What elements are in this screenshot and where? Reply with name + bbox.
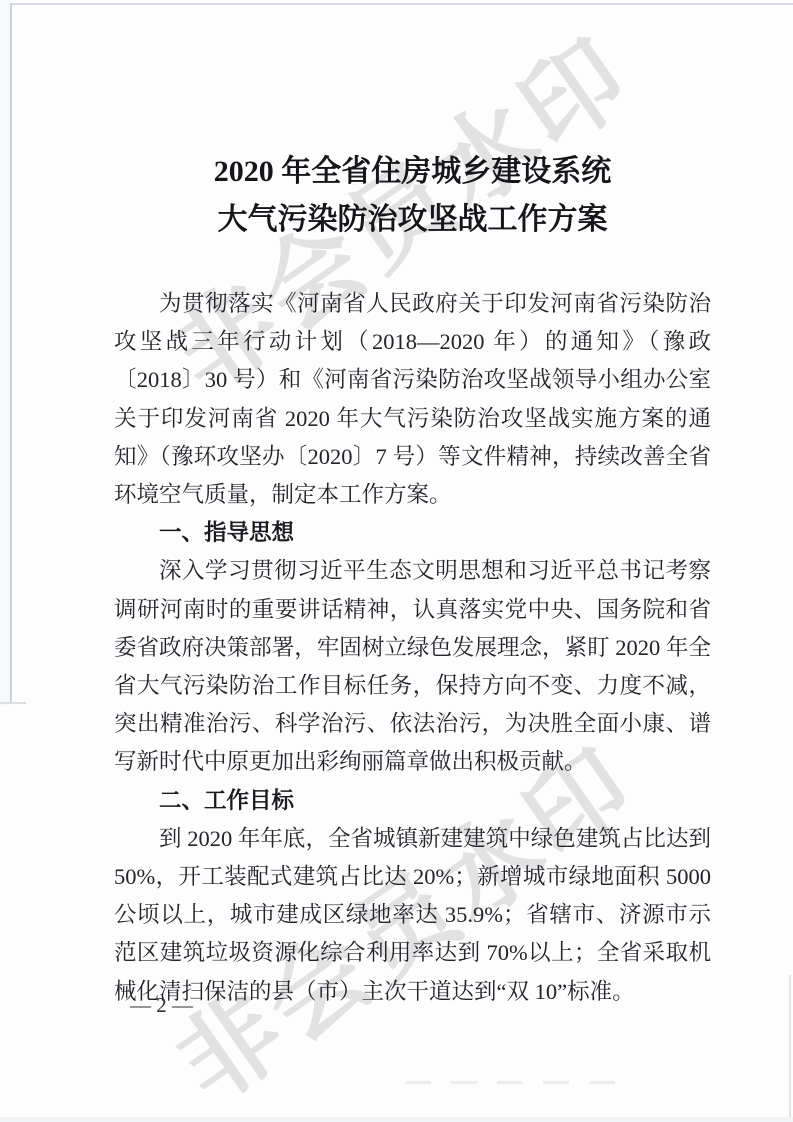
scan-edge-right [789,975,791,1122]
section-heading-work-targets: 二、工作目标 [114,782,711,820]
document-title-line2: 大气污染防治攻坚战工作方案 [114,196,711,244]
scan-edge-left-foot [0,702,26,704]
scan-smudge [405,1081,620,1084]
document-body: 为贯彻落实《河南省人民政府关于印发河南省污染防治攻坚战三年行动计划（2018—2… [114,285,711,1011]
document-title: 2020 年全省住房城乡建设系统 大气污染防治攻坚战工作方案 [114,148,711,244]
scan-edge-top [0,3,793,5]
paragraph-guiding-ideology: 深入学习贯彻习近平生态文明思想和习近平总书记考察调研河南时的重要讲话精神，认真落… [114,552,711,781]
document-title-line1: 2020 年全省住房城乡建设系统 [114,148,711,196]
paragraph-work-targets: 到 2020 年年底，全省城镇新建建筑中绿色建筑占比达到 50%，开工装配式建筑… [114,820,711,1011]
scan-edge-left-margin [0,0,10,706]
paragraph-intro: 为贯彻落实《河南省人民政府关于印发河南省污染防治攻坚战三年行动计划（2018—2… [114,285,711,514]
section-heading-guiding-ideology: 一、指导思想 [114,514,711,552]
scan-edge-bottom [0,1117,793,1122]
document-page: 非会员水印 非会员水印 2020 年全省住房城乡建设系统 大气污染防治攻坚战工作… [0,0,793,1122]
scan-edge-left [10,4,12,703]
page-number: — 2 — [130,993,193,1018]
